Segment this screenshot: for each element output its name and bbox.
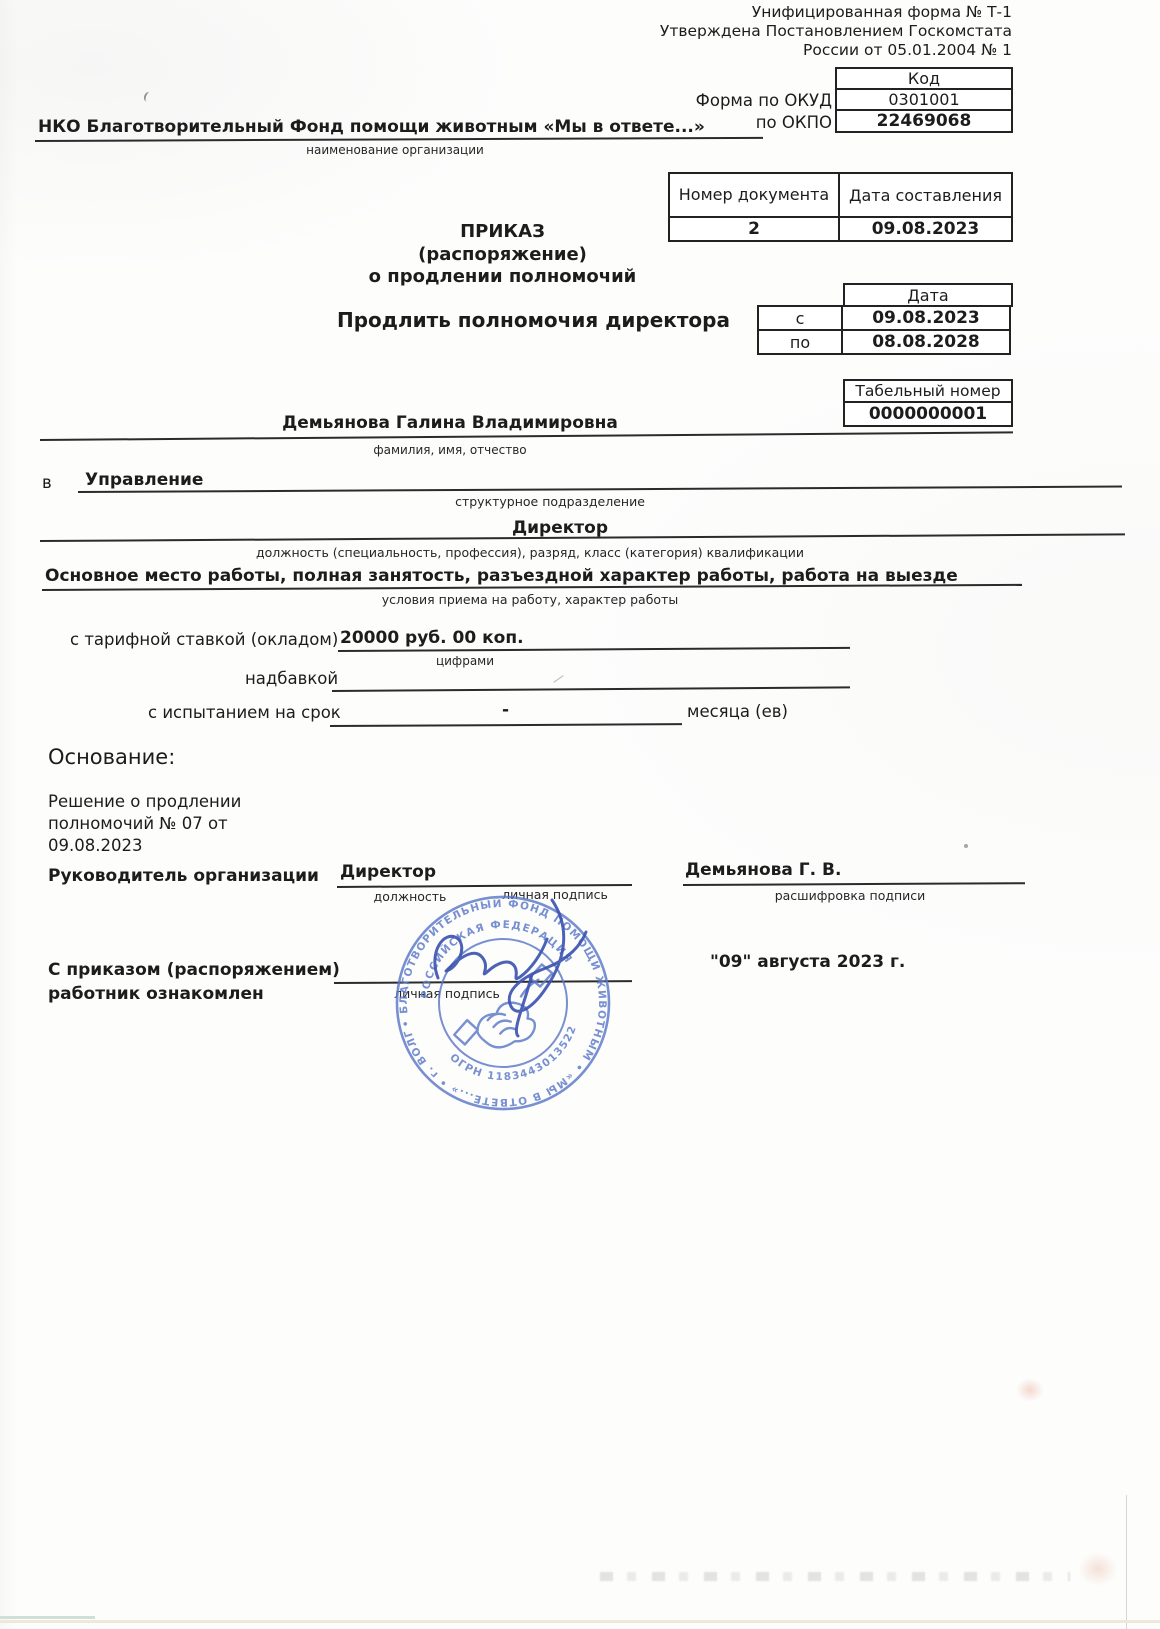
scan-artifact-slash — [553, 675, 563, 683]
date-from-value: 09.08.2023 — [841, 305, 1011, 331]
allowance-underline — [332, 686, 850, 692]
form-note-line1: Унифицированная форма № Т-1 — [412, 3, 1012, 22]
head-name-caption: расшифровка подписи — [760, 888, 940, 903]
code-table-header: Код — [835, 67, 1013, 90]
date-range-table: Дата с 09.08.2023 по 08.08.2028 — [757, 283, 1013, 355]
form-note: Унифицированная форма № Т-1 Утверждена П… — [412, 3, 1012, 60]
probation-value: - — [502, 700, 509, 720]
department-caption: структурное подразделение — [400, 494, 700, 509]
doc-date-value: 09.08.2023 — [838, 216, 1013, 242]
scan-artifact-smudge-text — [600, 1572, 1070, 1581]
conditions-value: Основное место работы, полная занятость,… — [45, 566, 958, 586]
scan-artifact-edge-line — [1126, 1495, 1127, 1629]
position-caption: должность (специальность, профессия), ра… — [230, 545, 830, 560]
scan-artifact-pink-blob-2 — [1078, 1552, 1118, 1586]
personnel-value: 0000000001 — [843, 401, 1013, 427]
head-label: Руководитель организации — [48, 866, 319, 886]
probation-label: с испытанием на срок — [148, 703, 341, 722]
basis-line2: полномочий № 07 от — [48, 814, 228, 833]
organization-underline — [35, 137, 763, 142]
department-value: Управление — [85, 470, 203, 490]
scanned-order-document: Унифицированная форма № Т-1 Утверждена П… — [0, 0, 1160, 1629]
probation-underline — [330, 723, 682, 727]
salary-label: с тарифной ставкой (окладом) — [70, 630, 338, 649]
scan-artifact-dot — [964, 844, 968, 848]
salary-value: 20000 руб. 00 коп. — [340, 628, 524, 648]
form-note-line3: России от 05.01.2004 № 1 — [412, 41, 1012, 60]
doc-date-header: Дата составления — [838, 172, 1013, 218]
department-underline — [78, 486, 1122, 493]
okpo-value: 22469068 — [835, 109, 1013, 133]
code-table: Код 0301001 22469068 — [835, 67, 1013, 133]
scan-artifact-pink-blob — [1016, 1378, 1044, 1402]
scan-artifact-bottom-left-edge — [0, 1616, 95, 1619]
ack-date: "09" августа 2023 г. — [710, 952, 905, 972]
date-range-header: Дата — [843, 283, 1013, 307]
ack-line1: С приказом (распоряжением) — [48, 960, 340, 980]
okud-label: Форма по ОКУД — [620, 91, 832, 110]
order-statement: Продлить полномочия директора — [337, 308, 730, 332]
head-name-underline — [683, 882, 1025, 886]
organization-name: НКО Благотворительный Фонд помощи животн… — [38, 117, 705, 137]
basis-label: Основание: — [48, 745, 175, 769]
department-prefix: в — [42, 473, 52, 492]
scan-artifact-mark — [143, 91, 154, 103]
basis-line1: Решение о продлении — [48, 792, 241, 811]
conditions-caption: условия приема на работу, характер работ… — [330, 592, 730, 607]
salary-caption: цифрами — [390, 654, 540, 668]
title-line1: ПРИКАЗ — [330, 221, 675, 244]
personnel-header: Табельный номер — [843, 379, 1013, 403]
employee-name: Демьянова Галина Владимировна — [150, 413, 750, 433]
date-to-value: 08.08.2028 — [841, 329, 1011, 355]
scan-artifact-bottom-edge — [0, 1620, 1160, 1623]
date-from-label: с — [757, 305, 843, 331]
handwritten-signature — [400, 878, 670, 1078]
position-value: Директор — [480, 518, 640, 538]
allowance-label: надбавкой — [245, 669, 338, 688]
date-to-label: по — [757, 329, 843, 355]
title-line3: о продлении полномочий — [330, 266, 675, 289]
form-note-line2: Утверждена Постановлением Госкомстата — [412, 22, 1012, 41]
doc-number-header: Номер документа — [668, 172, 840, 218]
organization-caption: наименование организации — [245, 143, 545, 157]
basis-line3: 09.08.2023 — [48, 836, 142, 855]
personnel-table: Табельный номер 0000000001 — [843, 379, 1013, 427]
employee-caption: фамилия, имя, отчество — [300, 443, 600, 457]
head-name: Демьянова Г. В. — [685, 860, 841, 880]
title-line2: (распоряжение) — [330, 244, 675, 267]
okud-value: 0301001 — [835, 88, 1013, 111]
probation-suffix: месяца (ев) — [687, 702, 788, 721]
doc-number-value: 2 — [668, 216, 840, 242]
doc-number-table: Номер документа Дата составления 2 09.08… — [668, 172, 1013, 242]
document-title: ПРИКАЗ (распоряжение) о продлении полном… — [330, 221, 675, 289]
ack-line2: работник ознакомлен — [48, 984, 264, 1004]
